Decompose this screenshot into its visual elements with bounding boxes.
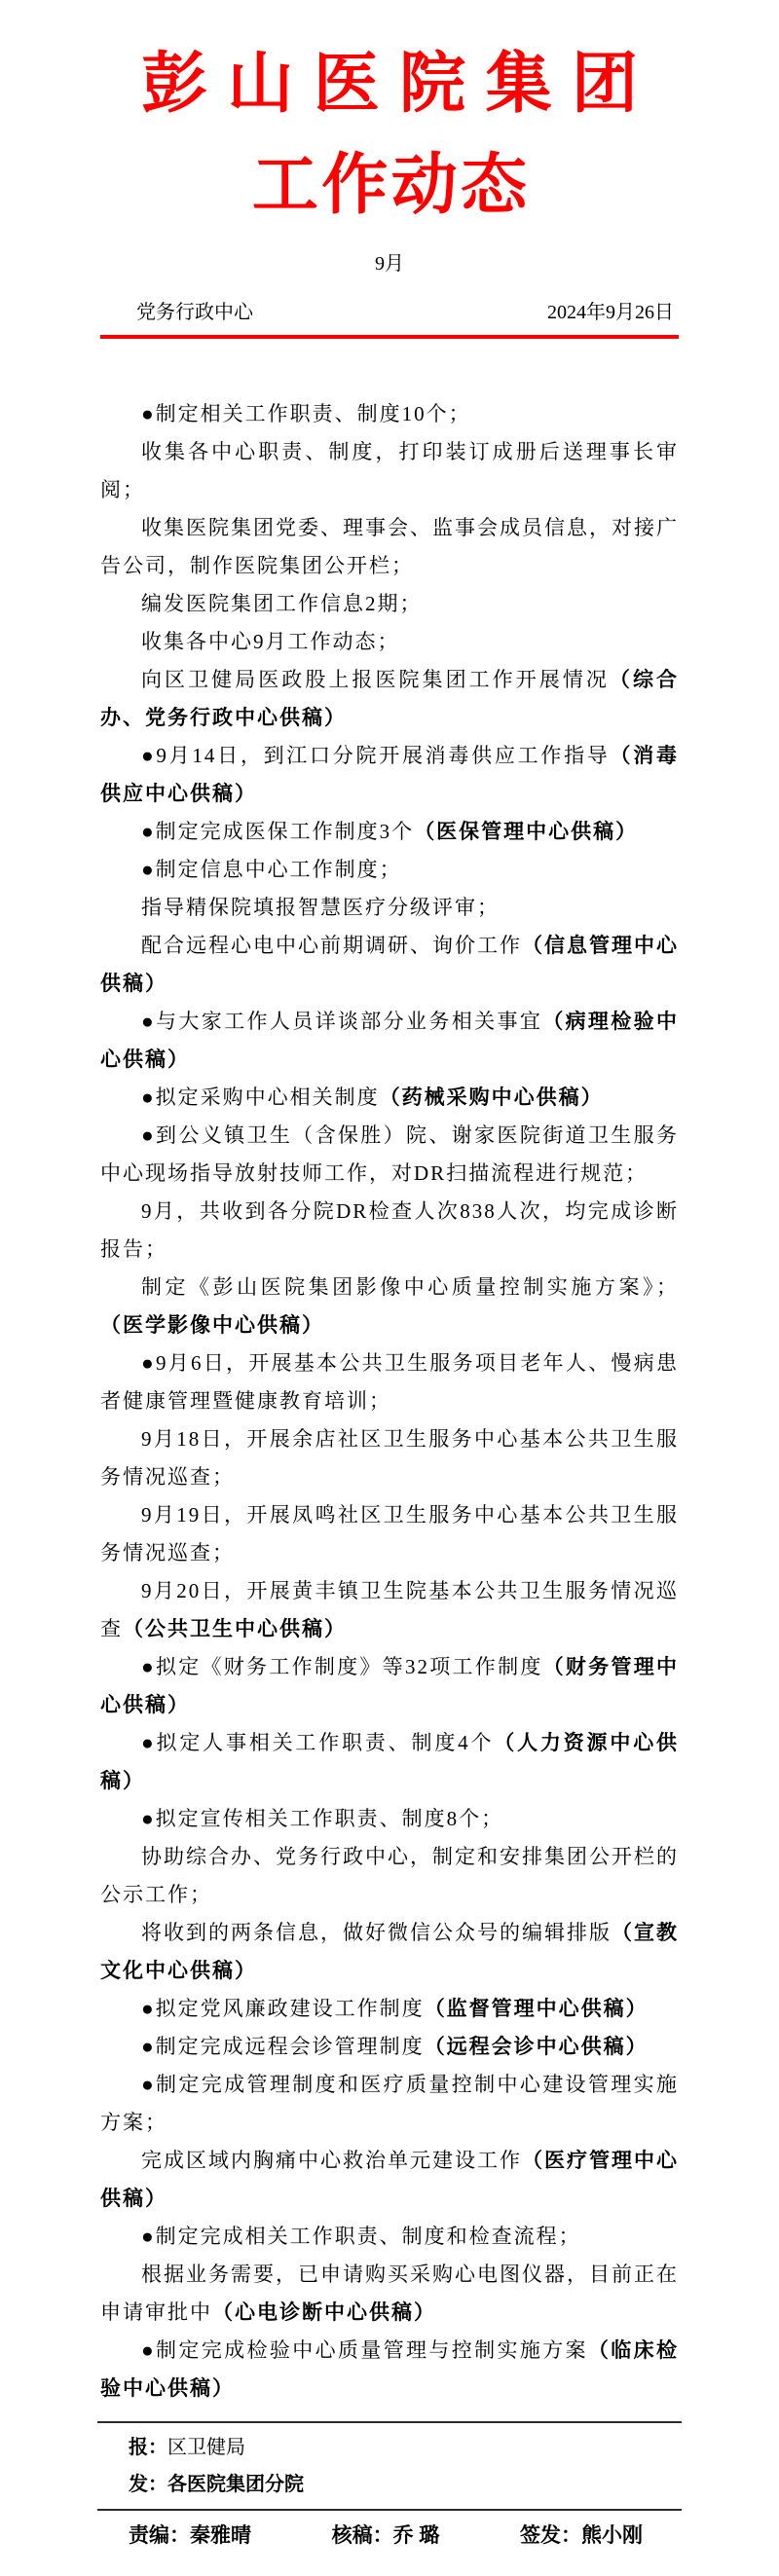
paragraph: ●拟定采购中心相关制度（药械采购中心供稿） <box>100 1079 679 1117</box>
paragraph: ●拟定人事相关工作职责、制度4个（人力资源中心供稿） <box>100 1724 679 1800</box>
paragraph: 收集医院集团党委、理事会、监事会成员信息，对接广告公司，制作医院集团公开栏； <box>100 509 679 585</box>
paragraph: 将收到的两条信息，做好微信公众号的编辑排版（宣教文化中心供稿） <box>100 1914 679 1990</box>
paragraph: ●制定完成检验中心质量管理与控制实施方案（临床检验中心供稿） <box>100 2332 679 2408</box>
source-credit: （监督管理中心供稿） <box>425 1997 649 2020</box>
source-credit: （远程会诊中心供稿） <box>425 2035 649 2058</box>
text-segment: ●制定相关工作职责、制度10个； <box>141 402 471 425</box>
paragraph: ●拟定宣传相关工作职责、制度8个； <box>100 1800 679 1838</box>
reviewer-credit: 核稿：乔 璐 <box>332 2522 440 2550</box>
text-segment: 指导精保院填报智慧医疗分级评审； <box>141 896 500 919</box>
text-segment: ●制定完成医保工作制度3个 <box>141 820 414 843</box>
red-divider <box>100 335 679 339</box>
paragraph: ●制定信息中心工作制度； <box>100 851 679 889</box>
editor-name: 秦雅晴 <box>190 2524 251 2547</box>
text-segment: ●到公义镇卫生（含保胜）院、谢家医院街道卫生服务中心现场指导放射技师工作，对DR… <box>100 1123 679 1185</box>
text-segment: 制定《彭山医院集团影像中心质量控制实施方案》； <box>141 1275 679 1299</box>
text-segment: 编发医院集团工作信息2期； <box>141 592 423 615</box>
text-segment: ●9月6日，开展基本公共卫生服务项目老年人、慢病患者健康管理暨健康教育培训； <box>100 1351 679 1413</box>
paragraph: ●制定完成管理制度和医疗质量控制中心建设管理实施方案； <box>100 2066 679 2142</box>
text-segment: 将收到的两条信息，做好微信公众号的编辑排版 <box>141 1921 612 1944</box>
paragraph: 9月，共收到各分院DR检查人次838人次，均完成诊断报告； <box>100 1193 679 1269</box>
text-segment: 收集医院集团党委、理事会、监事会成员信息，对接广告公司，制作医院集团公开栏； <box>100 516 679 577</box>
paragraph: 编发医院集团工作信息2期； <box>100 585 679 623</box>
text-segment: 配合远程心电中心前期调研、询价工作 <box>141 934 522 957</box>
footer: 报：区卫健局 发：各医院集团分院 责编：秦雅晴 核稿：乔 璐 签发：熊小刚 <box>97 2421 682 2550</box>
text-segment: ●制定完成远程会诊管理制度 <box>141 2035 425 2058</box>
text-segment: ●拟定采购中心相关制度 <box>141 1086 380 1109</box>
paragraph: ●与大家工作人员详谈部分业务相关事宜（病理检验中心供稿） <box>100 1003 679 1079</box>
source-credit: （公共卫生中心供稿） <box>123 1617 347 1640</box>
text-segment: ●拟定宣传相关工作职责、制度8个； <box>141 1807 503 1830</box>
paragraph: ●到公义镇卫生（含保胜）院、谢家医院街道卫生服务中心现场指导放射技师工作，对DR… <box>100 1117 679 1193</box>
paragraph: 指导精保院填报智慧医疗分级评审； <box>100 889 679 927</box>
reviewer-name: 乔 璐 <box>393 2524 440 2547</box>
text-segment: ●制定信息中心工作制度； <box>141 858 402 881</box>
issuer-label: 签发： <box>520 2524 581 2547</box>
report-line: 报：区卫健局 <box>129 2429 682 2466</box>
text-segment: ●制定完成相关工作职责、制度和检查流程； <box>141 2225 581 2248</box>
text-segment: 收集各中心9月工作动态； <box>141 630 400 653</box>
paragraph: ●拟定《财务工作制度》等32项工作制度（财务管理中心供稿） <box>100 1648 679 1724</box>
paragraph: ●制定完成医保工作制度3个（医保管理中心供稿） <box>100 813 679 851</box>
distribute-label: 发： <box>129 2474 167 2495</box>
paragraph: 配合远程心电中心前期调研、询价工作（信息管理中心供稿） <box>100 927 679 1003</box>
issuer-name: 熊小刚 <box>581 2524 643 2547</box>
paragraph: ●制定完成相关工作职责、制度和检查流程； <box>100 2218 679 2256</box>
text-segment: 协助综合办、党务行政中心，制定和安排集团公开栏的公示工作； <box>100 1845 679 1906</box>
report-value: 区卫健局 <box>167 2437 245 2458</box>
text-segment: 完成区域内胸痛中心救治单元建设工作 <box>141 2149 522 2172</box>
text-segment: ●制定完成检验中心质量管理与控制实施方案 <box>141 2338 588 2362</box>
masthead-meta-row: 党务行政中心 2024年9月26日 <box>136 300 674 325</box>
newsletter-page: 彭山医院集团 工作动态 9月 党务行政中心 2024年9月26日 ●制定相关工作… <box>0 0 779 2576</box>
source-credit: （医保管理中心供稿） <box>414 820 638 843</box>
text-segment: 收集各中心职责、制度，打印装订成册后送理事长审阅； <box>100 440 679 501</box>
paragraph: 收集各中心职责、制度，打印装订成册后送理事长审阅； <box>100 433 679 509</box>
source-credit: （药械采购中心供稿） <box>380 1086 604 1109</box>
credits-row: 责编：秦雅晴 核稿：乔 璐 签发：熊小刚 <box>97 2511 682 2550</box>
text-segment: 9月，共收到各分院DR检查人次838人次，均完成诊断报告； <box>100 1199 679 1261</box>
paragraph: ●制定完成远程会诊管理制度（远程会诊中心供稿） <box>100 2028 679 2066</box>
paragraph: 9月18日，开展余店社区卫生服务中心基本公共卫生服务情况巡查； <box>100 1420 679 1496</box>
paragraph: 协助综合办、党务行政中心，制定和安排集团公开栏的公示工作； <box>100 1838 679 1914</box>
report-label: 报： <box>129 2437 167 2458</box>
text-segment: ●制定完成管理制度和医疗质量控制中心建设管理实施方案； <box>100 2073 679 2134</box>
issue-date: 2024年9月26日 <box>547 300 674 325</box>
editor-label: 责编： <box>129 2524 190 2547</box>
paragraph: 制定《彭山医院集团影像中心质量控制实施方案》；（医学影像中心供稿） <box>100 1269 679 1344</box>
issue-month: 9月 <box>0 251 779 276</box>
paragraph: ●9月14日，到江口分院开展消毒供应工作指导（消毒供应中心供稿） <box>100 737 679 813</box>
text-segment: ●9月14日，到江口分院开展消毒供应工作指导 <box>141 744 611 767</box>
distribute-value: 各医院集团分院 <box>167 2474 304 2495</box>
distribution-block: 报：区卫健局 发：各医院集团分院 <box>97 2423 682 2509</box>
paragraph: 收集各中心9月工作动态； <box>100 623 679 661</box>
text-segment: ●拟定党风廉政建设工作制度 <box>141 1997 425 2020</box>
reviewer-label: 核稿： <box>332 2524 393 2547</box>
text-segment: ●拟定人事相关工作职责、制度4个 <box>141 1731 494 1754</box>
issuing-department: 党务行政中心 <box>136 300 253 325</box>
paragraph: 根据业务需要，已申请购买采购心电图仪器，目前正在申请审批中（心电诊断中心供稿） <box>100 2256 679 2332</box>
source-credit: （医学影像中心供稿） <box>100 1313 324 1337</box>
paragraph: 向区卫健局医政股上报医院集团工作开展情况（综合办、党务行政中心供稿） <box>100 661 679 737</box>
paragraph: ●制定相关工作职责、制度10个； <box>100 395 679 433</box>
masthead: 彭山医院集团 工作动态 9月 党务行政中心 2024年9月26日 <box>0 0 779 339</box>
paragraph: ●9月6日，开展基本公共卫生服务项目老年人、慢病患者健康管理暨健康教育培训； <box>100 1344 679 1420</box>
text-segment: ●与大家工作人员详谈部分业务相关事宜 <box>141 1010 542 1033</box>
page-title-line-2: 工作动态 <box>0 134 779 236</box>
paragraph: 完成区域内胸痛中心救治单元建设工作（医疗管理中心供稿） <box>100 2142 679 2218</box>
text-segment: 9月19日，开展凤鸣社区卫生服务中心基本公共卫生服务情况巡查； <box>100 1503 679 1564</box>
text-segment: ●拟定《财务工作制度》等32项工作制度 <box>141 1655 543 1678</box>
distribute-line: 发：各医院集团分院 <box>129 2466 682 2503</box>
issuer-credit: 签发：熊小刚 <box>520 2522 643 2550</box>
paragraph: ●拟定党风廉政建设工作制度（监督管理中心供稿） <box>100 1990 679 2028</box>
editor-credit: 责编：秦雅晴 <box>129 2522 251 2550</box>
page-title-line-1: 彭山医院集团 <box>0 33 779 134</box>
paragraph: 9月19日，开展凤鸣社区卫生服务中心基本公共卫生服务情况巡查； <box>100 1496 679 1572</box>
paragraph: 9月20日，开展黄丰镇卫生院基本公共卫生服务情况巡查（公共卫生中心供稿） <box>100 1572 679 1648</box>
text-segment: 9月18日，开展余店社区卫生服务中心基本公共卫生服务情况巡查； <box>100 1427 679 1489</box>
text-segment: 向区卫健局医政股上报医院集团工作开展情况 <box>141 668 610 691</box>
source-credit: （心电诊断中心供稿） <box>212 2300 436 2324</box>
body-paragraphs: ●制定相关工作职责、制度10个；收集各中心职责、制度，打印装订成册后送理事长审阅… <box>100 395 679 2408</box>
